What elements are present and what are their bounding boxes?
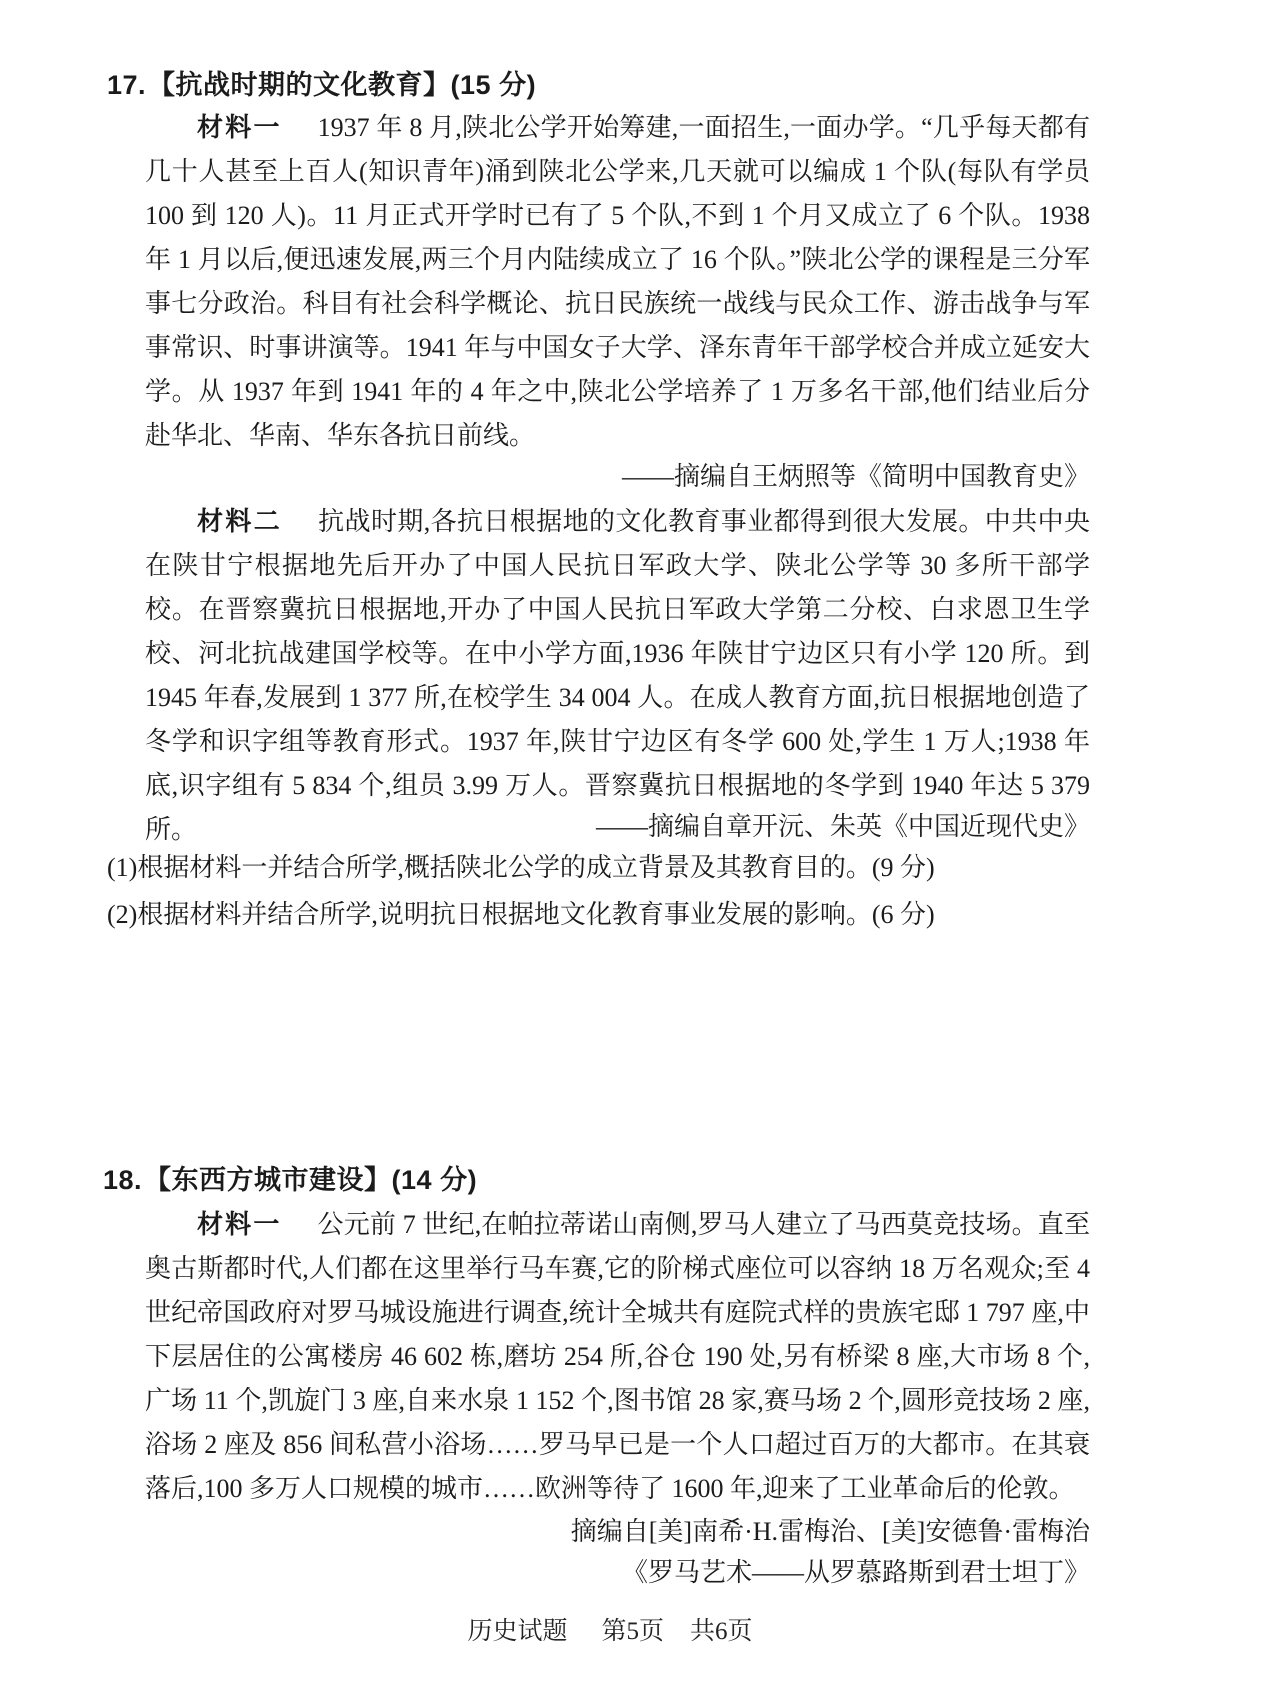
q17-material-2-text: 抗战时期,各抗日根据地的文化教育事业都得到很大发展。中共中央在陕甘宁根据地先后开… [145, 507, 1090, 844]
question-17-heading: 17.【抗战时期的文化教育】(15 分) [107, 63, 536, 107]
q18-material-1-text: 公元前 7 世纪,在帕拉蒂诺山南侧,罗马人建立了马西莫竞技场。直至奥古斯都时代,… [145, 1210, 1090, 1503]
q17-material-1-label: 材料一 [197, 113, 282, 142]
q17-subquestion-1: (1)根据材料一并结合所学,概括陕北公学的成立背景及其教育目的。(9 分) [107, 846, 935, 890]
q17-material-1-paragraph: 材料一1937 年 8 月,陕北公学开始筹建,一面招生,一面办学。“几乎每天都有… [145, 106, 1090, 458]
footer-page-number: 第5页 [601, 1618, 664, 1645]
q18-attribution-authors: 摘编自[美]南希·H.雷梅治、[美]安德鲁·雷梅治 [145, 1510, 1090, 1554]
q17-material-2-paragraph: 材料二抗战时期,各抗日根据地的文化教育事业都得到很大发展。中共中央在陕甘宁根据地… [145, 500, 1090, 852]
q17-attribution-1: ——摘编自王炳照等《简明中国教育史》 [145, 455, 1090, 499]
q18-material-1-label: 材料一 [197, 1210, 282, 1239]
q18-material-1-paragraph: 材料一公元前 7 世纪,在帕拉蒂诺山南侧,罗马人建立了马西莫竞技场。直至奥古斯都… [145, 1203, 1090, 1511]
q17-material-2-label: 材料二 [197, 507, 282, 536]
page-footer: 历史试题第5页共6页 [0, 1610, 1220, 1654]
question-18-number: 18. [103, 1165, 142, 1195]
exam-page: { "q17": { "number": "17.", "title": "【抗… [0, 0, 1288, 1704]
question-17-title: 【抗战时期的文化教育】(15 分) [148, 70, 536, 100]
question-18-heading: 18.【东西方城市建设】(14 分) [103, 1158, 477, 1202]
footer-total-pages: 共6页 [690, 1618, 753, 1645]
question-18-title: 【东西方城市建设】(14 分) [144, 1165, 477, 1195]
question-17-number: 17. [107, 70, 146, 100]
q17-subquestion-2: (2)根据材料并结合所学,说明抗日根据地文化教育事业发展的影响。(6 分) [107, 893, 935, 937]
footer-doc-title: 历史试题 [467, 1618, 567, 1645]
q17-attribution-2: ——摘编自章开沅、朱英《中国近现代史》 [145, 805, 1090, 849]
q17-material-1-text: 1937 年 8 月,陕北公学开始筹建,一面招生,一面办学。“几乎每天都有几十人… [145, 113, 1090, 450]
q18-attribution-book-title: 《罗马艺术——从罗慕路斯到君士坦丁》 [145, 1551, 1090, 1595]
